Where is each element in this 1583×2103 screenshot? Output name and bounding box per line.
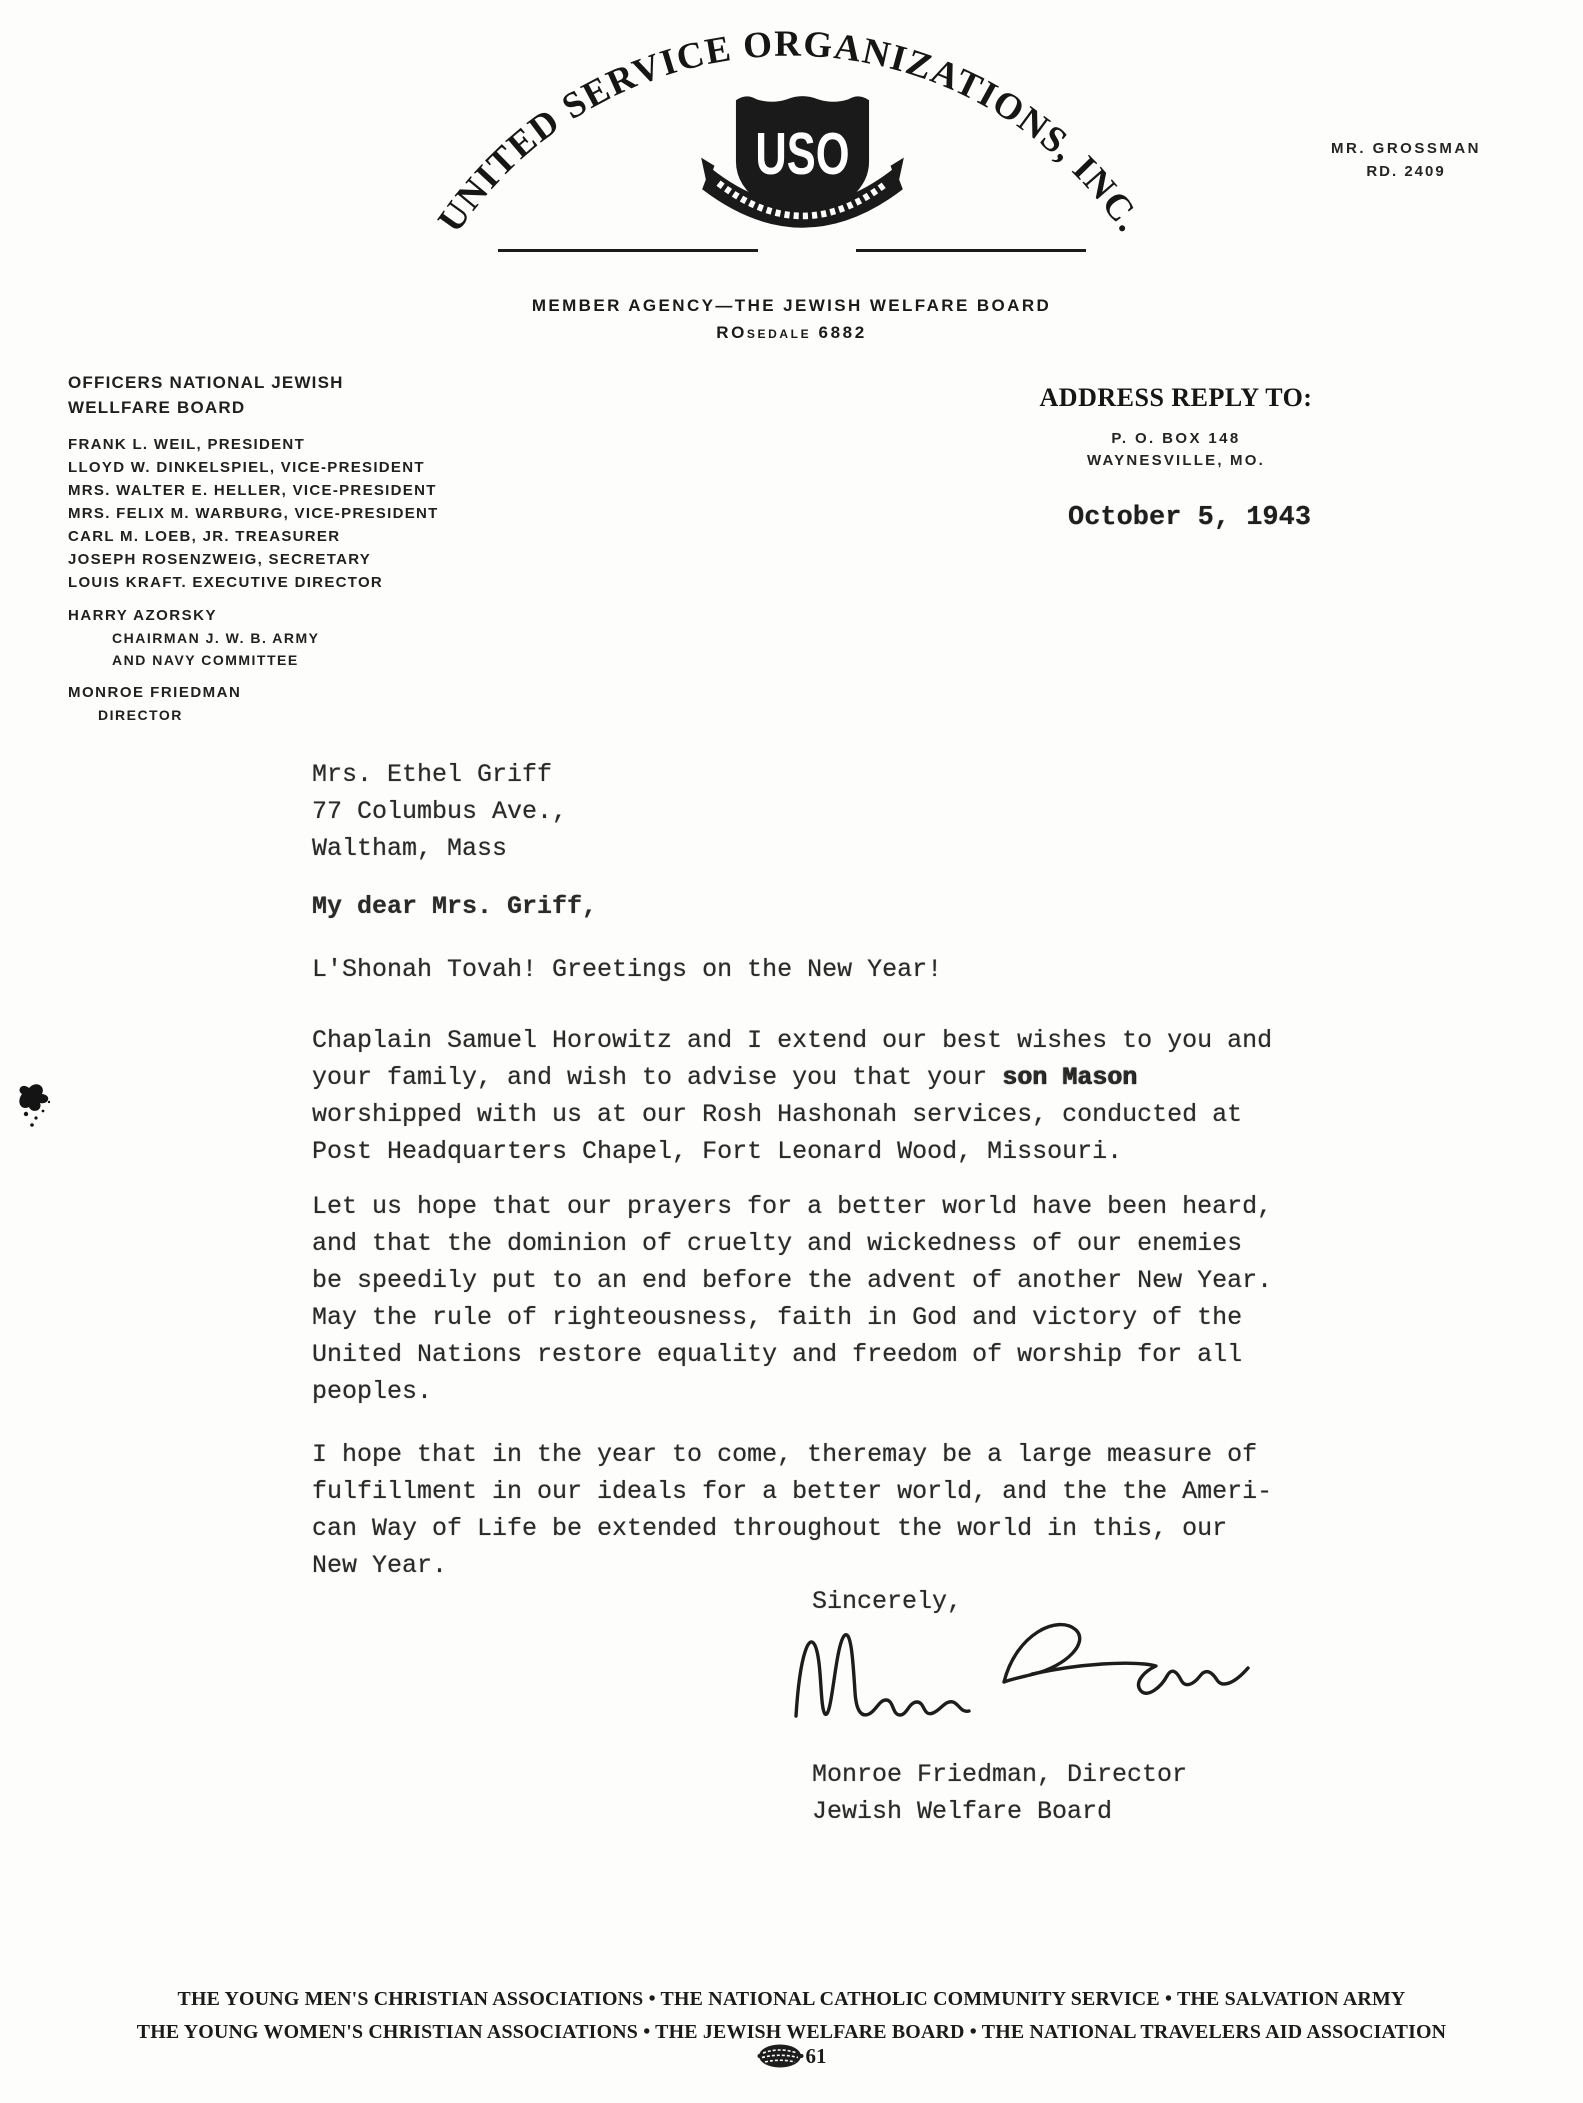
- footer-line-1: THE YOUNG MEN'S CHRISTIAN ASSOCIATIONS •…: [24, 1988, 1560, 2011]
- body-paragraph-2: Chaplain Samuel Horowitz and I extend ou…: [312, 1022, 1432, 1170]
- address-reply-heading: ADDRESS REPLY TO:: [1030, 383, 1322, 413]
- officer-azorsky-title: CHAIRMAN J. W. B. ARMY AND NAVY COMMITTE…: [68, 627, 488, 671]
- letterhead-rule-right: [856, 249, 1086, 252]
- officers-column: OFFICERS NATIONAL JEWISH WELLFARE BOARD …: [68, 370, 488, 726]
- body-paragraph-4: I hope that in the year to come, therema…: [312, 1436, 1432, 1584]
- member-agency-line: MEMBER AGENCY—THE JEWISH WELFARE BOARD: [0, 296, 1583, 316]
- officers-list: FRANK L. WEIL, PRESIDENT LLOYD W. DINKEL…: [68, 433, 488, 594]
- union-bug-row: 61: [0, 2042, 1583, 2070]
- paragraph-2-text-after: worshipped with us at our Rosh Hashonah …: [312, 1100, 1242, 1166]
- body-paragraph-3: Let us hope that our prayers for a bette…: [312, 1188, 1432, 1410]
- signature-script: [788, 1604, 1258, 1749]
- recipient-address: Mrs. Ethel Griff 77 Columbus Ave., Walth…: [312, 756, 567, 867]
- handstamp-number: RD. 2409: [1300, 163, 1512, 180]
- union-bug-icon: [757, 2042, 805, 2070]
- reply-city: WAYNESVILLE, MO.: [1030, 452, 1322, 469]
- letter-date: October 5, 1943: [1068, 500, 1311, 537]
- reply-po-box: P. O. BOX 148: [1030, 430, 1322, 447]
- uso-logo-text: USO: [755, 120, 849, 187]
- officer-friedman-title: DIRECTOR: [68, 704, 488, 726]
- officer-azorsky-name: HARRY AZORSKY: [68, 607, 488, 624]
- handstamp-grossman: MR. GROSSMAN RD. 2409: [1300, 140, 1512, 180]
- handstamp-name: MR. GROSSMAN: [1300, 140, 1512, 157]
- ink-smudge: [12, 1078, 58, 1130]
- address-reply-block: ADDRESS REPLY TO: P. O. BOX 148 WAYNESVI…: [1030, 383, 1322, 469]
- officers-heading: OFFICERS NATIONAL JEWISH WELLFARE BOARD: [68, 370, 488, 420]
- uso-shield-logo-icon: USO: [700, 90, 905, 262]
- salutation: My dear Mrs. Griff,: [312, 888, 597, 925]
- footer-line-2: THE YOUNG WOMEN'S CHRISTIAN ASSOCIATIONS…: [24, 2021, 1560, 2044]
- letter-document: UNITED SERVICE ORGANIZATIONS, INC. USO M…: [0, 0, 1583, 2103]
- emphasis-son-mason: son Mason: [1002, 1063, 1137, 1092]
- phone-exchange-line: ROsedale 6882: [0, 323, 1583, 343]
- officer-friedman-name: MONROE FRIEDMAN: [68, 684, 488, 701]
- letterhead-rule-left: [498, 249, 758, 252]
- union-bug-number: 61: [806, 2044, 827, 2069]
- body-paragraph-1: L'Shonah Tovah! Greetings on the New Yea…: [312, 951, 942, 988]
- signer-block: Monroe Friedman, Director Jewish Welfare…: [812, 1756, 1187, 1830]
